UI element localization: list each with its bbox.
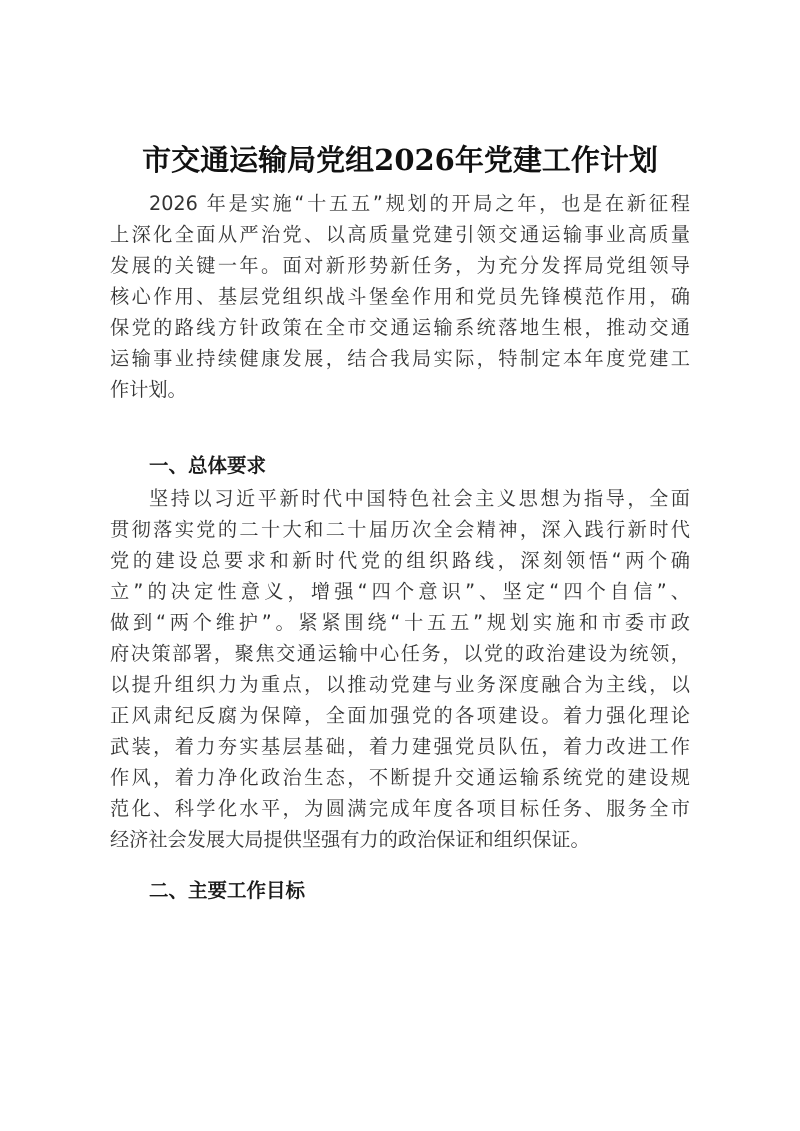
- section1-line-10: 作风，着力净化政治生态，不断提升交通运输系统党的建设规: [110, 765, 690, 791]
- section1-line-8: 正风肃纪反腐为保障，全面加强党的各项建设。着力强化理论: [110, 703, 690, 729]
- section1-line-1: 坚持以习近平新时代中国特色社会主义思想为指导，全面: [149, 486, 690, 512]
- section1-line-3: 党的建设总要求和新时代党的组织路线，深刻领悟“两个确: [110, 548, 690, 574]
- section1-line-4: 立”的决定性意义，增强“四个意识”、坚定“四个自信”、: [110, 579, 690, 605]
- intro-line-3: 发展的关键一年。面对新形势新任务，为充分发挥局党组领导: [110, 253, 690, 279]
- document-page: 市交通运输局党组2026年党建工作计划 2026 年是实施“十五五”规划的开局之…: [0, 0, 800, 1131]
- section1-line-5: 做到“两个维护”。紧紧围绕“十五五”规划实施和市委市政: [110, 610, 690, 636]
- intro-line-5: 保党的路线方针政策在全市交通运输系统落地生根，推动交通: [110, 315, 690, 341]
- section-heading-2: 二、主要工作目标: [149, 878, 305, 904]
- section1-line-9: 武装，着力夯实基层基础，着力建强党员队伍，着力改进工作: [110, 734, 690, 760]
- section1-line-6: 府决策部署，聚焦交通运输中心任务，以党的政治建设为统领，: [110, 641, 690, 667]
- section1-line-12: 经济社会发展大局提供坚强有力的政治保证和组织保证。: [110, 827, 690, 853]
- intro-line-2: 上深化全面从严治党、以高质量党建引领交通运输事业高质量: [110, 222, 690, 248]
- section1-line-11: 范化、科学化水平，为圆满完成年度各项目标任务、服务全市: [110, 796, 690, 822]
- document-title: 市交通运输局党组2026年党建工作计划: [0, 140, 800, 180]
- intro-line-7: 作计划。: [110, 377, 690, 403]
- intro-line-1: 2026 年是实施“十五五”规划的开局之年，也是在新征程: [149, 191, 690, 217]
- section1-line-7: 以提升组织力为重点，以推动党建与业务深度融合为主线，以: [110, 672, 690, 698]
- section-heading-1: 一、总体要求: [149, 453, 266, 479]
- intro-line-6: 运输事业持续健康发展，结合我局实际，特制定本年度党建工: [110, 346, 690, 372]
- section1-line-2: 贯彻落实党的二十大和二十届历次全会精神，深入践行新时代: [110, 517, 690, 543]
- intro-line-4: 核心作用、基层党组织战斗堡垒作用和党员先锋模范作用，确: [110, 284, 690, 310]
